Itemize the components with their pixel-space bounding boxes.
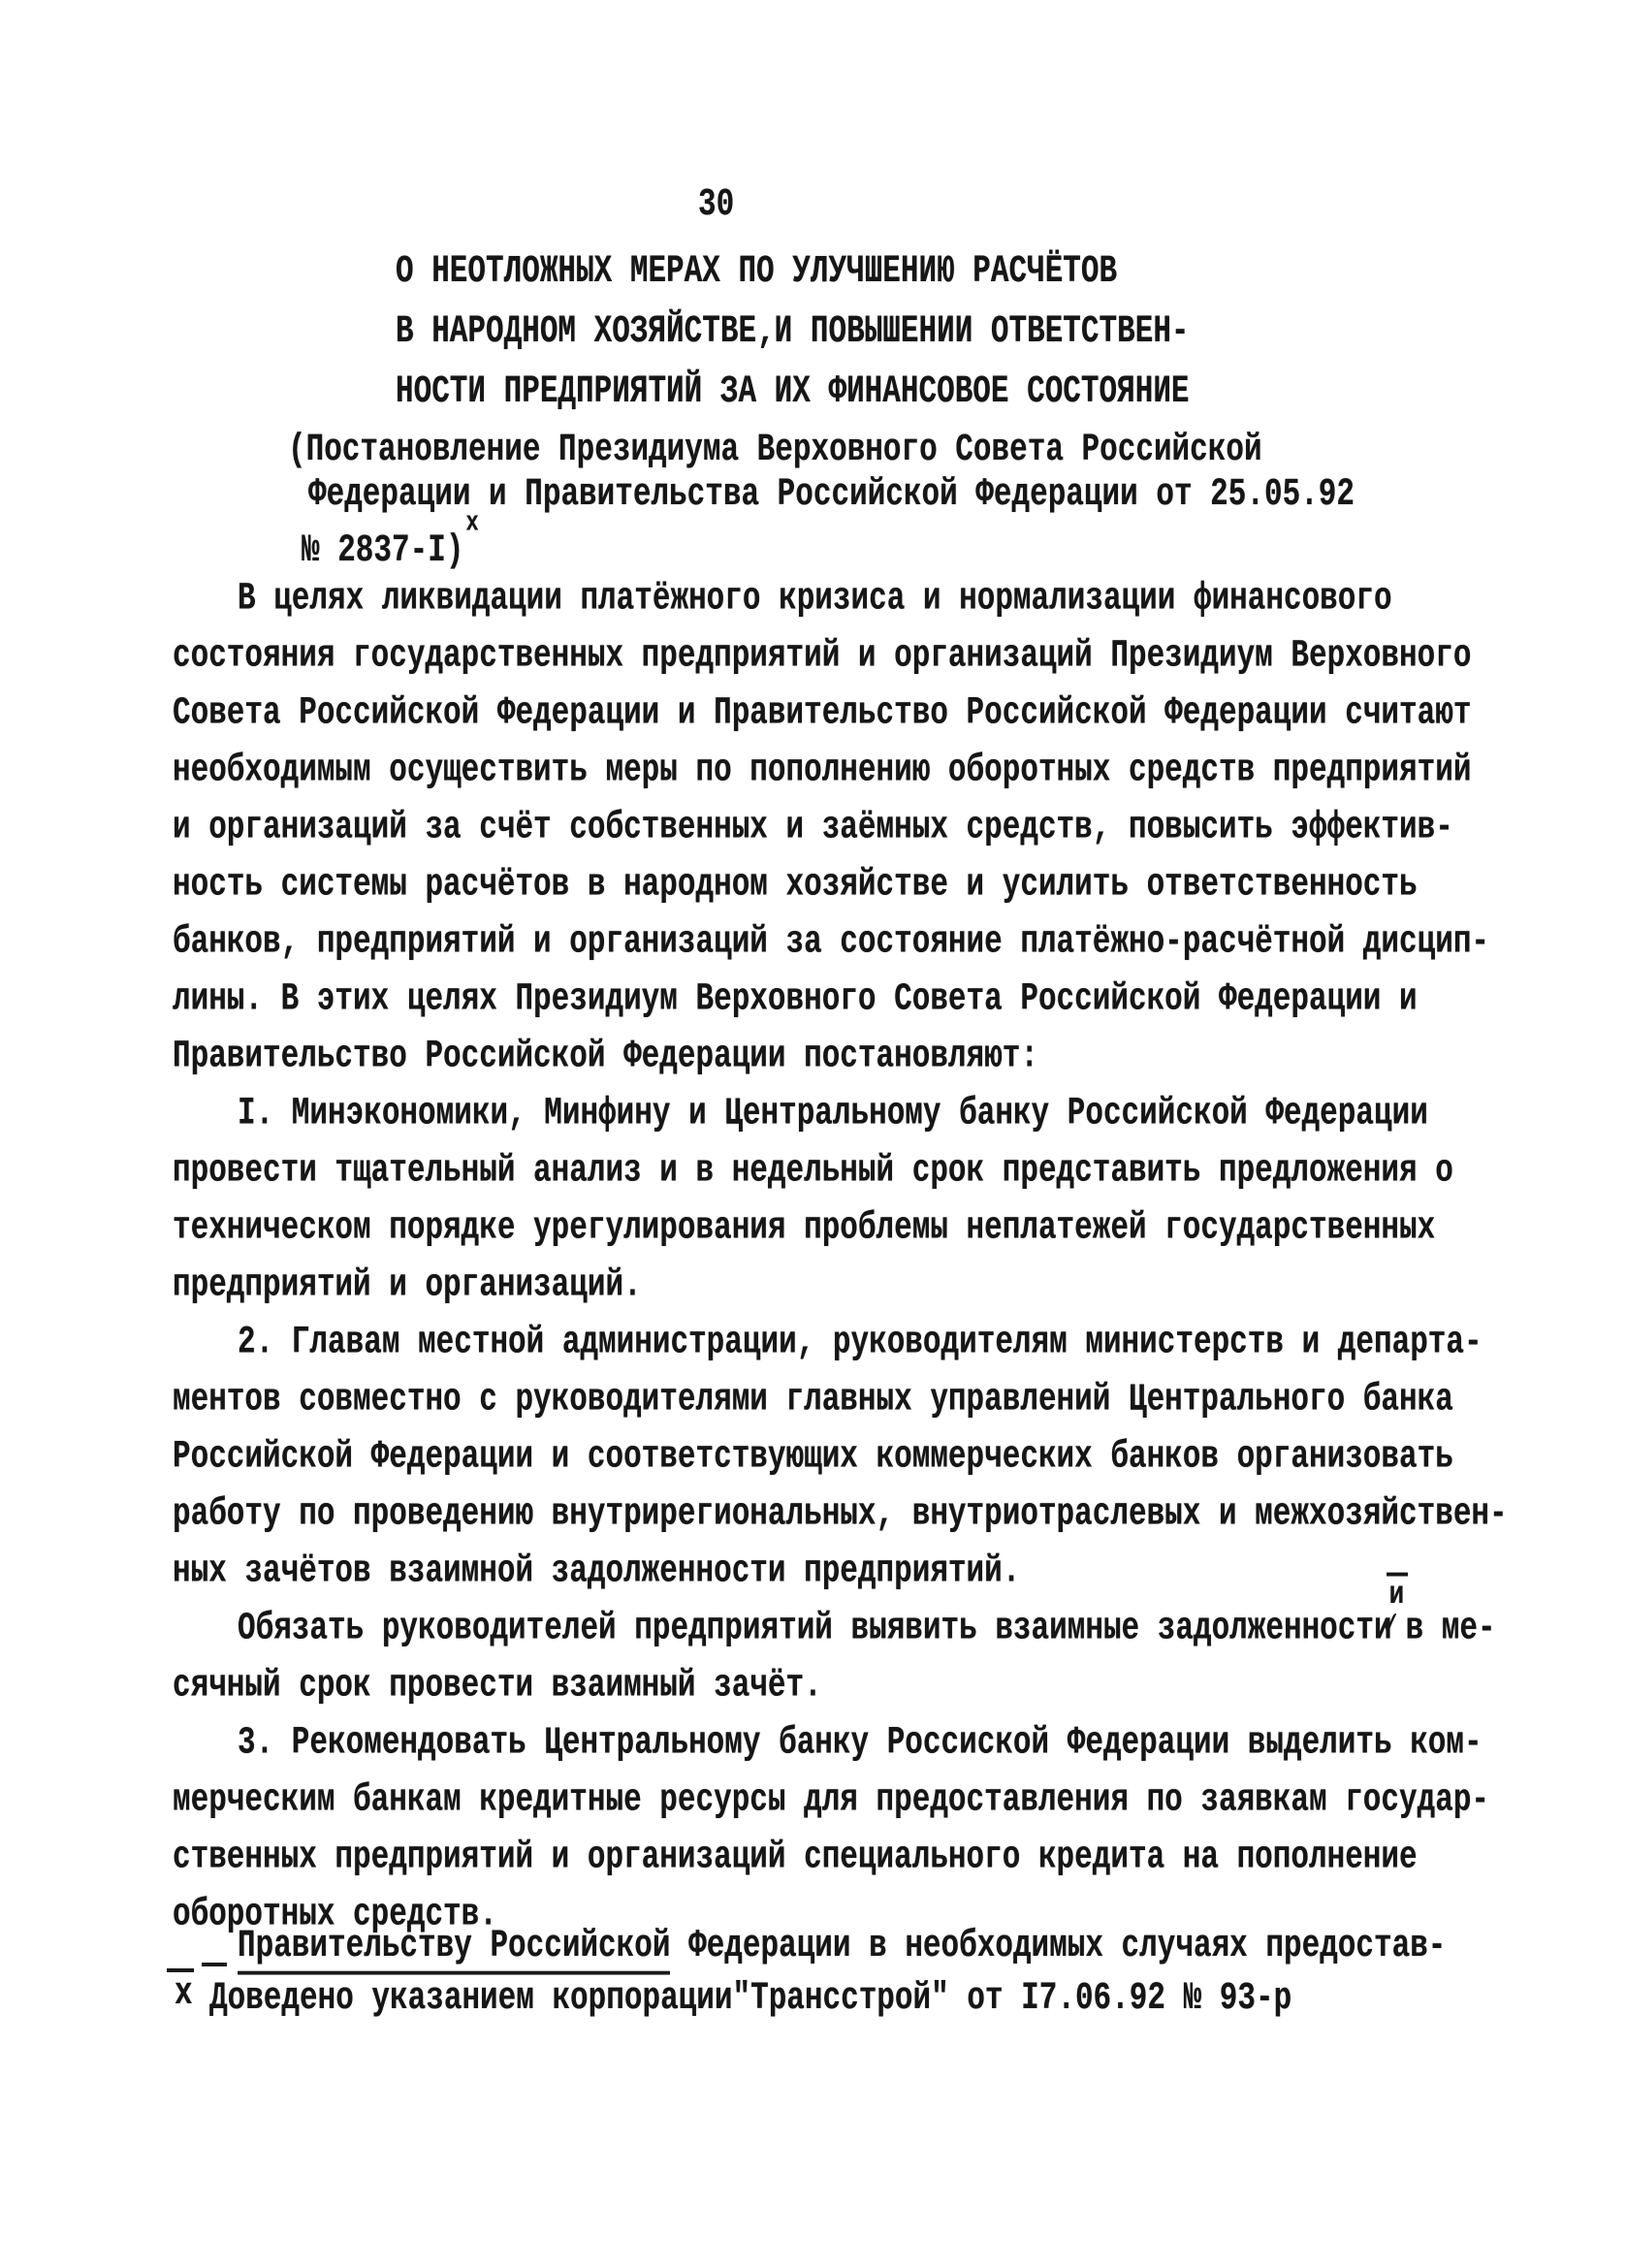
page-number: 30 <box>698 180 734 231</box>
footnote-marker: х <box>175 1973 193 2016</box>
document-title: О НЕОТЛОЖНЫХ МЕРАХ ПО УЛУЧШЕНИЮ РАСЧЁТОВ… <box>396 242 1190 423</box>
footnote-text: Доведено указанием корпорации"Трансстрой… <box>209 1974 1291 2025</box>
scanned-document-page: 30 О НЕОТЛОЖНЫХ МЕРАХ ПО УЛУЧШЕНИЮ РАСЧЁ… <box>0 0 1626 2268</box>
document-body: В целях ликвидации платёжного кризиса и … <box>173 570 1508 1943</box>
title-line-3: НОСТИ ПРЕДПРИЯТИЙ ЗА ИХ ФИНАНСОВОЕ СОСТО… <box>396 354 1190 432</box>
handwritten-insertion: и✓ <box>1392 1625 1406 1638</box>
footnote-reference-mark: х <box>465 507 478 539</box>
body-text: в ме- <box>1406 1607 1496 1651</box>
underlined-text: Правительству Российской <box>238 1925 670 1975</box>
body-continuation-line: Правительству Российской Федерации в нео… <box>238 1922 1446 1972</box>
body-text: Обязать руководителей предприятий выявит… <box>238 1607 1392 1651</box>
caret-mark-icon: ✓ <box>1381 1604 1400 1641</box>
footnote-separator-dash <box>202 1963 227 1966</box>
decree-reference: (Постановление Президиума Верховного Сов… <box>288 429 1355 562</box>
body-text: Федерации в необходимых случаях предоста… <box>670 1925 1446 1969</box>
reference-line-3: № 2837-I)х <box>288 511 1355 569</box>
